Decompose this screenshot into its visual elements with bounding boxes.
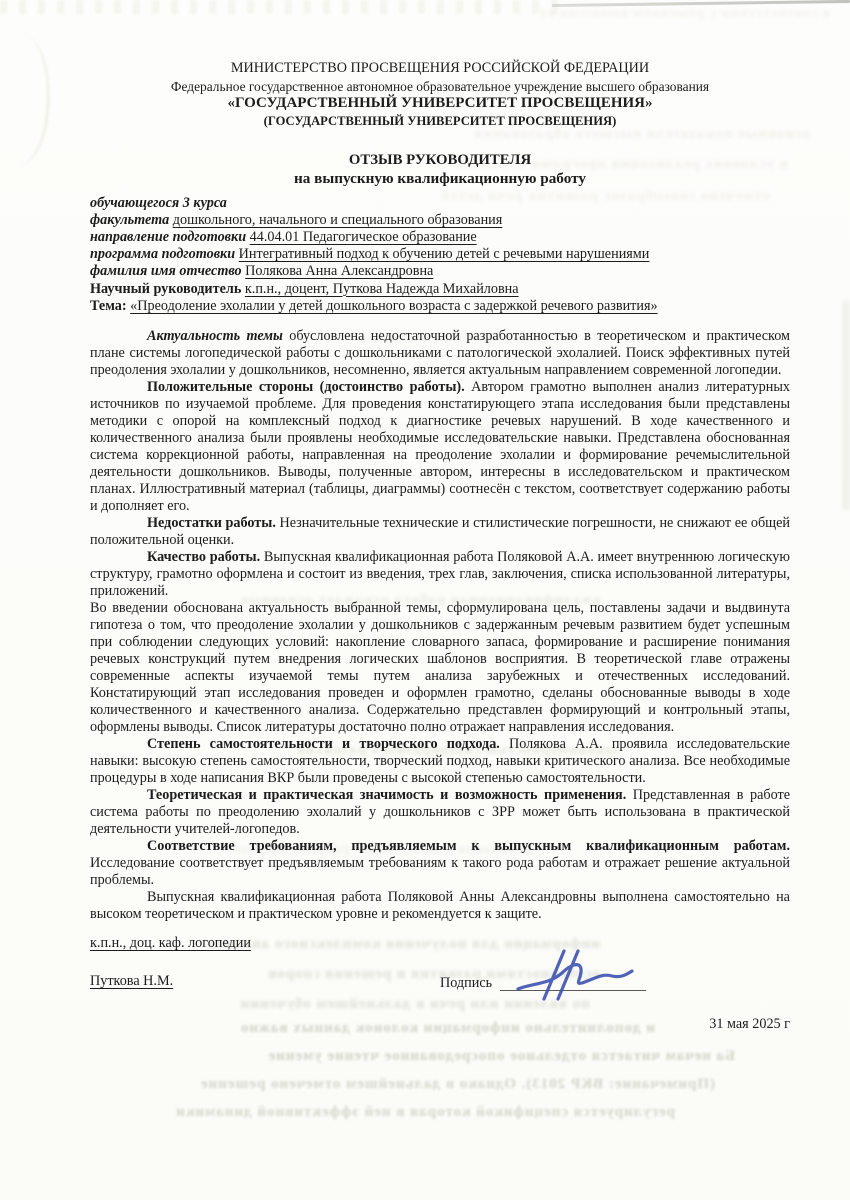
scanned-document-page: в соответствии с решением комиссии от ос…: [0, 0, 850, 1200]
info-topic: Тема: «Преодоление эхолалии у детей дошк…: [90, 298, 790, 315]
info-supervisor: Научный руководитель к.п.н., доцент, Пут…: [90, 281, 790, 298]
paragraph-text: Выпускная квалификационная работа Поляко…: [90, 889, 790, 922]
paragraph-text: Исследование соответствует предъявляемым…: [90, 855, 790, 888]
paragraph-compliance: Соответствие требованиям, предъявляемым …: [90, 838, 790, 889]
review-body: Актуальность темы обусловлена недостаточ…: [90, 328, 790, 923]
paragraph-conclusion: Выпускная квалификационная работа Поляко…: [90, 889, 790, 923]
info-program: программа подготовки Интегративный подхо…: [90, 246, 790, 263]
reviewer-position: к.п.н., доц. каф. логопедии: [90, 935, 251, 952]
handwritten-signature-ink: [448, 945, 648, 1003]
paragraph-lead: Степень самостоятельности и творческого …: [147, 736, 500, 752]
info-label: Научный руководитель: [90, 281, 241, 297]
info-label: Тема:: [90, 298, 127, 314]
scan-smudge: [842, 300, 850, 510]
paragraph-lead: Положительные стороны (достоинство работ…: [147, 379, 465, 395]
paragraph-lead: Качество работы.: [147, 549, 260, 565]
scan-edge-line: [552, 0, 850, 7]
reviewer-name: Путкова Н.М.: [90, 973, 173, 990]
info-label: обучающегося 3 курса: [90, 195, 227, 211]
paragraph-significance: Теоретическая и практическая значимость …: [90, 787, 790, 838]
paragraph-lead: Актуальность темы: [147, 328, 283, 344]
paragraph-lead: Теоретическая и практическая значимость …: [147, 787, 626, 803]
info-value: Полякова Анна Александровна: [245, 263, 433, 279]
title-line-2: на выпускную квалификационную работу: [90, 169, 790, 188]
bleedthrough-text: (Примечание: ВКР 2013). Однако в дальней…: [95, 1076, 715, 1093]
paragraph-lead: Соответствие требованиям, предъявляемым …: [147, 838, 790, 854]
paragraph-independence: Степень самостоятельности и творческого …: [90, 736, 790, 787]
university-name-short: (ГОСУДАРСТВЕННЫЙ УНИВЕРСИТЕТ ПРОСВЕЩЕНИЯ…: [90, 113, 790, 130]
page-corner-fold-mark: [0, 31, 58, 167]
paragraph-quality: Качество работы. Выпускная квалификацион…: [90, 549, 790, 600]
document-date: 31 мая 2025 г: [90, 1016, 790, 1033]
signature-block: к.п.н., доц. каф. логопедии Путкова Н.М.…: [90, 935, 790, 1033]
info-value: Интегративный подход к обучению детей с …: [239, 246, 650, 262]
paragraph-text: Автором грамотно выполнен анализ литерат…: [90, 379, 790, 514]
signature-row: Путкова Н.М. Подпись: [90, 973, 790, 997]
signature-stroke: [518, 965, 632, 989]
bleedthrough-text: Ба нечам читается отдельное опосредованн…: [95, 1048, 735, 1065]
info-student-year: обучающегося 3 курса: [90, 195, 790, 212]
title-line-1: ОТЗЫВ РУКОВОДИТЕЛЯ: [90, 151, 790, 169]
info-student-name: фамилия имя отчество Полякова Анна Алекс…: [90, 263, 790, 280]
ministry-name: МИНИСТЕРСТВО ПРОСВЕЩЕНИЯ РОССИЙСКОЙ ФЕДЕ…: [90, 60, 790, 78]
info-value: к.п.н., доцент, Путкова Надежда Михайлов…: [245, 281, 519, 297]
paragraph-shortcomings: Недостатки работы. Незначительные технич…: [90, 515, 790, 549]
paragraph-lead: Недостатки работы.: [147, 515, 276, 531]
info-label: программа подготовки: [90, 246, 235, 262]
info-faculty: факультета дошкольного, начального и спе…: [90, 212, 790, 229]
info-label: факультета: [90, 212, 169, 228]
bleedthrough-text: регулируется спецификой которая в ней эф…: [95, 1104, 675, 1121]
scan-noise-strip: [0, 0, 560, 14]
institution-type-line: Федеральное государственное автономное о…: [90, 78, 790, 96]
info-label: фамилия имя отчество: [90, 263, 242, 279]
work-info-block: обучающегося 3 курса факультета дошкольн…: [90, 195, 790, 315]
document-content: МИНИСТЕРСТВО ПРОСВЕЩЕНИЯ РОССИЙСКОЙ ФЕДЕ…: [90, 60, 790, 1033]
info-value: дошкольного, начального и специального о…: [173, 212, 503, 228]
university-name: «ГОСУДАРСТВЕННЫЙ УНИВЕРСИТЕТ ПРОСВЕЩЕНИЯ…: [90, 95, 790, 113]
paragraph-strengths: Положительные стороны (достоинство работ…: [90, 379, 790, 515]
document-title: ОТЗЫВ РУКОВОДИТЕЛЯ на выпускную квалифик…: [90, 151, 790, 188]
info-direction: направление подготовки 44.04.01 Педагоги…: [90, 229, 790, 246]
paragraph-relevance: Актуальность темы обусловлена недостаточ…: [90, 328, 790, 379]
info-label: направление подготовки: [90, 229, 246, 245]
paragraph-text: Во введении обоснована актуальность выбр…: [90, 600, 790, 735]
paragraph-introduction-review: Во введении обоснована актуальность выбр…: [90, 600, 790, 736]
info-value: «Преодоление эхолалии у детей дошкольног…: [130, 298, 657, 314]
info-value: 44.04.01 Педагогическое образование: [250, 229, 477, 245]
